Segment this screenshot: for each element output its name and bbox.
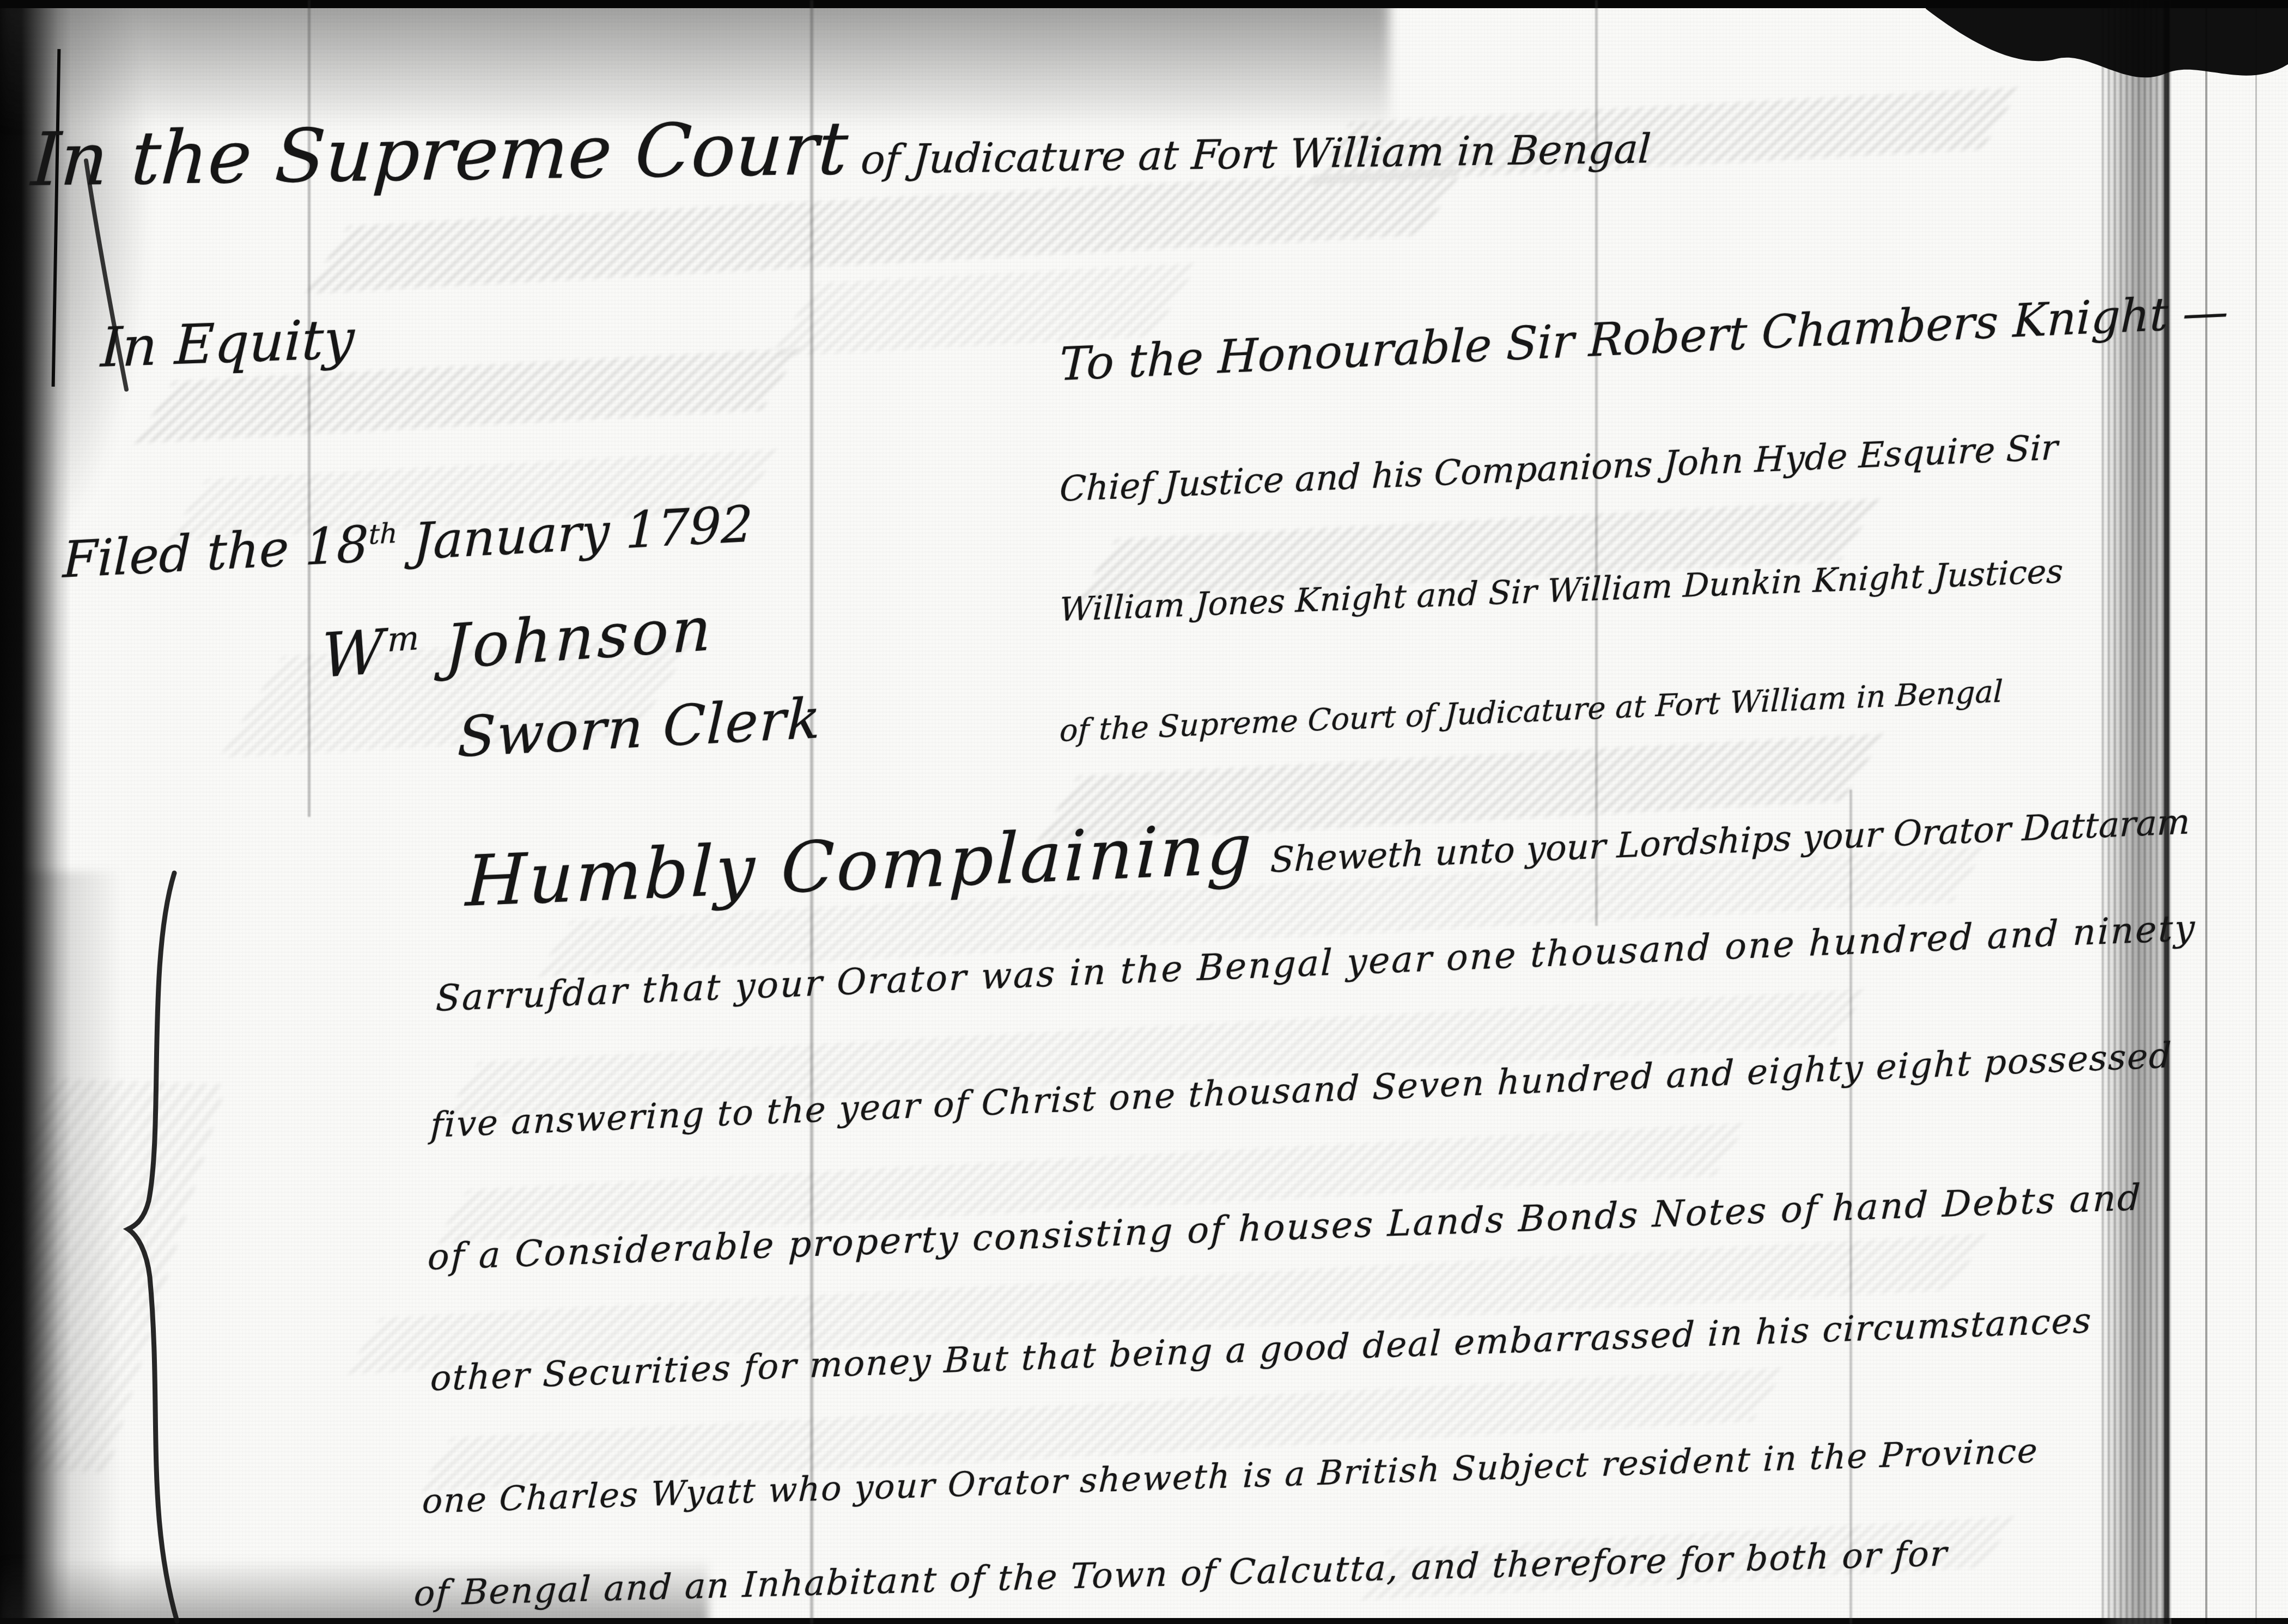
clerk-initial-superscript: m [387, 618, 423, 660]
jurisdiction-label: In Equity [100, 307, 356, 380]
manuscript-scan: { "document": { "court_header": { "large… [0, 0, 2288, 1624]
court-header-small: of Judicature at Fort William in Bengal [860, 125, 1652, 183]
filed-date-ordinal: th [368, 517, 398, 551]
clerk-initial: W [321, 616, 388, 692]
page-edge-thin-line [2205, 0, 2207, 1624]
page-edge-thin-line [2255, 0, 2257, 1624]
court-header-large: In the Supreme Court [29, 106, 850, 203]
bottom-edge-line [0, 1618, 2288, 1624]
